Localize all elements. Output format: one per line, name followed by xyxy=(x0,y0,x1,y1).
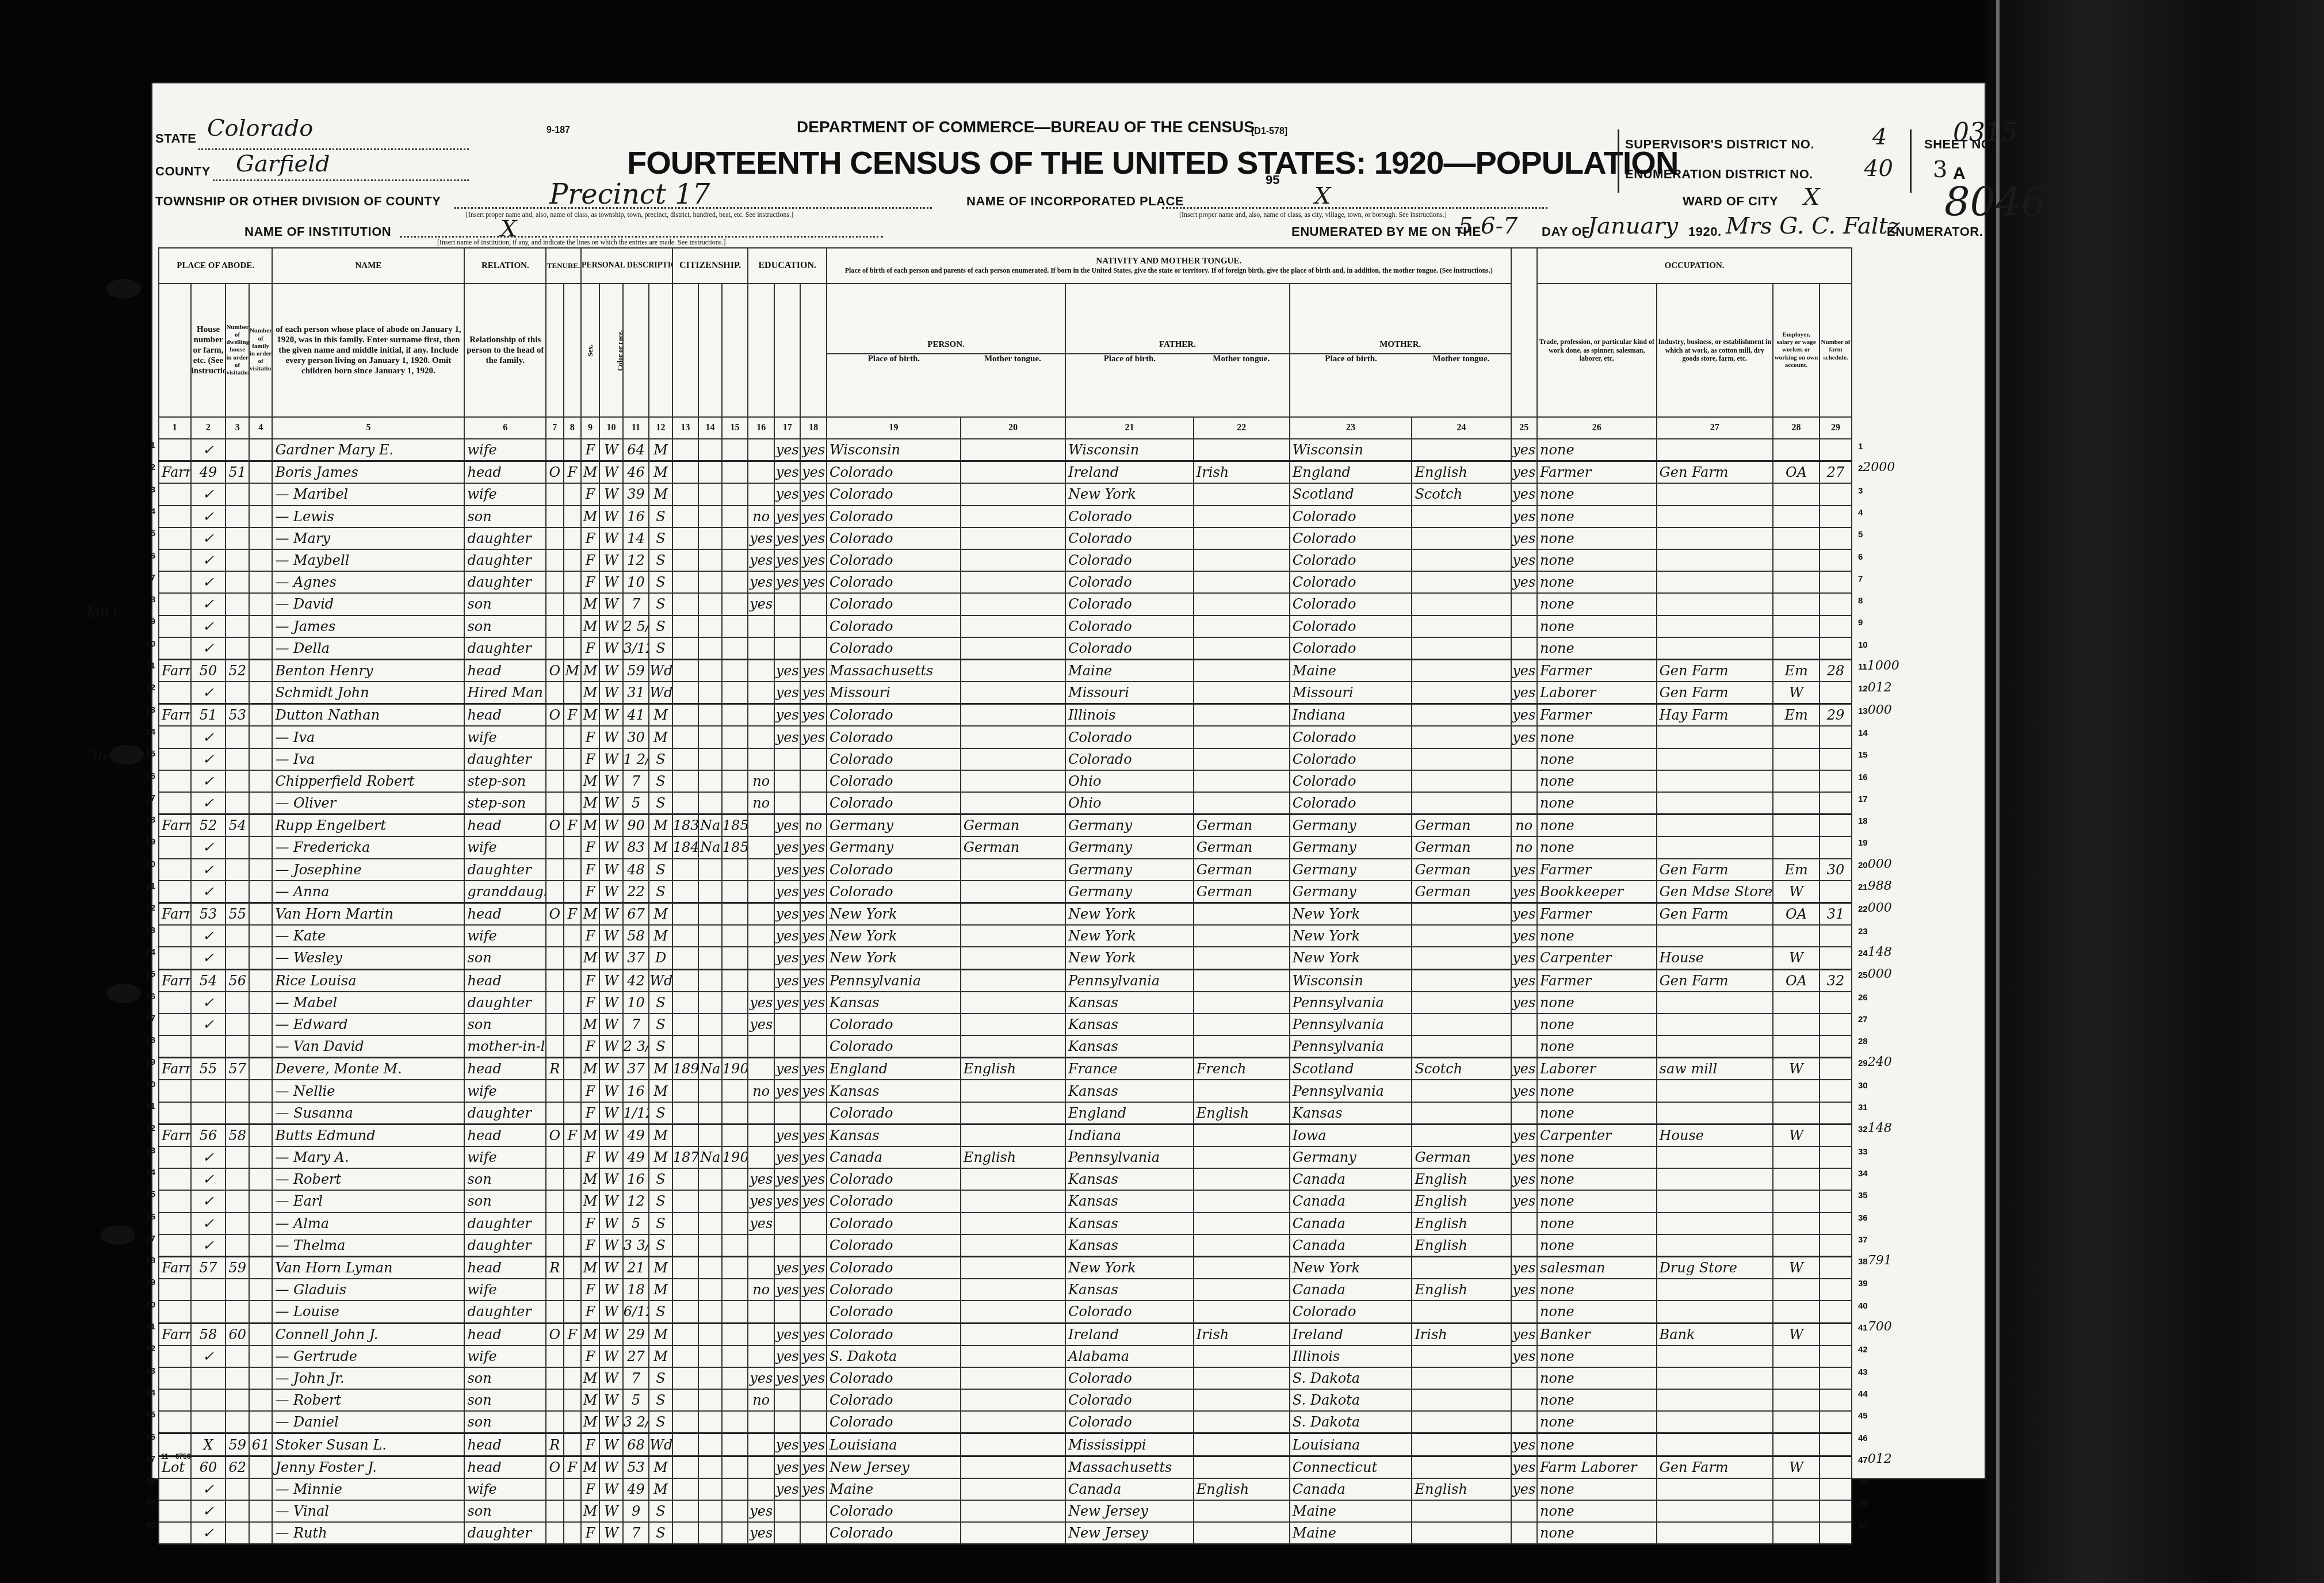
right-margin-code: 33 xyxy=(1858,1144,1868,1158)
cell-pob: New York xyxy=(827,947,961,969)
right-margin-code: 42 xyxy=(1858,1341,1868,1356)
cell-nat xyxy=(698,483,721,505)
cell-nat xyxy=(698,549,721,571)
cell-house: 56 xyxy=(191,1124,226,1146)
cell-farm xyxy=(1820,1279,1852,1301)
line-number-right: 21 xyxy=(1858,882,1868,892)
cell-fpob: Colorado xyxy=(1065,637,1194,660)
cell-trade: Farmer xyxy=(1537,461,1657,484)
table-row: ✓— GertrudewifeFW27MyesyesS. DakotaAlaba… xyxy=(159,1345,1852,1367)
cell-house: 60 xyxy=(191,1456,226,1478)
cell-race: W xyxy=(599,593,622,615)
cell-mpob: Pennsylvania xyxy=(1290,1035,1412,1058)
cell-sex: M xyxy=(581,461,599,484)
line-number: 50 xyxy=(143,1520,155,1530)
right-margin-code: 5 xyxy=(1858,526,1863,541)
cell-tongue xyxy=(961,527,1065,549)
cell-street xyxy=(159,593,191,615)
cell-industry: Gen Farm xyxy=(1657,903,1773,925)
cell-sex: M xyxy=(581,1411,599,1433)
cell-imm xyxy=(672,1035,699,1058)
cell-marital: S xyxy=(649,748,672,770)
line-number: 7 xyxy=(143,573,155,583)
cell-trade: Carpenter xyxy=(1537,947,1657,969)
cell-free xyxy=(564,1389,581,1411)
line-number-right: 41 xyxy=(1858,1323,1868,1333)
cell-sex: F xyxy=(581,571,599,593)
col-6-header: Relationship of this person to the head … xyxy=(464,284,546,417)
occupation-code: 2000 xyxy=(1863,460,1895,475)
cell-natyr: 1854 xyxy=(722,815,748,837)
column-number: 21 xyxy=(1065,417,1194,439)
cell-house: ✓ xyxy=(191,992,226,1014)
line-number: 22 xyxy=(143,903,155,913)
line-number: 8 xyxy=(143,595,155,605)
cell-trade: none xyxy=(1537,1433,1657,1456)
cell-street: Farm xyxy=(159,1124,191,1146)
cell-tongue xyxy=(961,1124,1065,1146)
cell-name: — Maybell xyxy=(272,549,464,571)
cell-house: ✓ xyxy=(191,527,226,549)
cell-name: Butts Edmund xyxy=(272,1124,464,1146)
line-number-right: 39 xyxy=(1858,1279,1868,1288)
cell-street xyxy=(159,726,191,748)
cell-owned: O xyxy=(546,461,563,484)
cell-natyr xyxy=(722,1256,748,1279)
right-margin-code: 20000 xyxy=(1858,857,1892,871)
cell-pob: England xyxy=(827,1058,961,1080)
line-number-right: 26 xyxy=(1858,993,1868,1003)
cell-sex: F xyxy=(581,1234,599,1257)
cell-school xyxy=(748,903,774,925)
table-row: X5961Stoker Susan L.headRFW68WdyesyesLou… xyxy=(159,1433,1852,1456)
cell-farm: 32 xyxy=(1820,969,1852,992)
right-margin-code: 47012 xyxy=(1858,1452,1892,1466)
cell-race: W xyxy=(599,1323,622,1345)
cell-industry xyxy=(1657,1279,1773,1301)
group-name: NAME xyxy=(272,248,464,284)
column-number: 5 xyxy=(272,417,464,439)
cell-write: yes xyxy=(800,859,827,881)
cell-tongue xyxy=(961,859,1065,881)
cell-family xyxy=(249,659,273,682)
right-margin-code: 23 xyxy=(1858,923,1868,938)
line-number-right: 11 xyxy=(1858,662,1867,672)
column-number: 9 xyxy=(581,417,599,439)
cell-relation: head xyxy=(464,1456,546,1478)
cell-tongue xyxy=(961,726,1065,748)
cell-relation: son xyxy=(464,506,546,527)
cell-english: yes xyxy=(1511,1433,1538,1456)
cell-relation: son xyxy=(464,1367,546,1389)
col-14-header: Naturalized or alien. xyxy=(698,284,721,417)
cell-owned xyxy=(546,925,563,947)
cell-owned xyxy=(546,1301,563,1323)
cell-family xyxy=(249,1522,273,1544)
cell-free xyxy=(564,992,581,1014)
cell-dwelling xyxy=(225,1190,249,1212)
cell-school xyxy=(748,726,774,748)
cell-dwelling xyxy=(225,1213,249,1234)
cell-nat xyxy=(698,1256,721,1279)
cell-natyr xyxy=(722,593,748,615)
cell-street xyxy=(159,1234,191,1257)
cell-age: 12 xyxy=(623,1190,649,1212)
cell-fpob: New York xyxy=(1065,903,1194,925)
cell-fpob: Kansas xyxy=(1065,1279,1194,1301)
enumerated-label: ENUMERATED BY ME ON THE xyxy=(1291,224,1481,239)
cell-industry: Gen Farm xyxy=(1657,682,1773,704)
cell-school: no xyxy=(748,792,774,815)
cell-imm xyxy=(672,1256,699,1279)
table-row: — Van Davidmother-in-lawFW2 3/12SColorad… xyxy=(159,1035,1852,1058)
cell-street xyxy=(159,1389,191,1411)
cell-age: 21 xyxy=(623,1256,649,1279)
cell-sex: F xyxy=(581,1102,599,1125)
cell-sex: F xyxy=(581,992,599,1014)
cell-free: F xyxy=(564,1456,581,1478)
cell-ftongue xyxy=(1194,992,1290,1014)
state-line xyxy=(198,148,469,150)
cell-fpob: Kansas xyxy=(1065,992,1194,1014)
cell-trade: none xyxy=(1537,792,1657,815)
line-number: 15 xyxy=(143,749,155,759)
cell-school: yes xyxy=(748,549,774,571)
cell-free xyxy=(564,1102,581,1125)
cell-tongue xyxy=(961,1014,1065,1035)
cell-nat: Na xyxy=(698,815,721,837)
line-number: 21 xyxy=(143,881,155,891)
cell-marital: M xyxy=(649,1058,672,1080)
cell-ftongue xyxy=(1194,1301,1290,1323)
cell-read: yes xyxy=(774,461,801,484)
cell-pob: New York xyxy=(827,925,961,947)
right-margin-code: 43 xyxy=(1858,1364,1868,1378)
cell-free xyxy=(564,1478,581,1500)
cell-pob: Germany xyxy=(827,815,961,837)
cell-dwelling xyxy=(225,770,249,792)
cell-house: ✓ xyxy=(191,439,226,461)
cell-age: 7 xyxy=(623,1522,649,1544)
cell-read: yes xyxy=(774,483,801,505)
cell-street xyxy=(159,1014,191,1035)
right-margin-code: 22000 xyxy=(1858,901,1892,915)
cell-tongue xyxy=(961,792,1065,815)
cell-emp xyxy=(1773,1102,1820,1125)
cell-industry xyxy=(1657,1478,1773,1500)
cell-dwelling xyxy=(225,483,249,505)
cell-marital: M xyxy=(649,1124,672,1146)
cell-name: — Agnes xyxy=(272,571,464,593)
cell-write xyxy=(800,1411,827,1433)
cell-race: W xyxy=(599,992,622,1014)
cell-fpob: Colorado xyxy=(1065,1389,1194,1411)
cell-mtongue xyxy=(1412,792,1511,815)
cell-sex: M xyxy=(581,506,599,527)
cell-mpob: New York xyxy=(1290,903,1412,925)
cell-age: 39 xyxy=(623,483,649,505)
cell-name: Chipperfield Robert xyxy=(272,770,464,792)
right-margin-code: 40 xyxy=(1858,1298,1868,1312)
cell-free: F xyxy=(564,461,581,484)
line-number: 9 xyxy=(143,617,155,626)
cell-write xyxy=(800,1389,827,1411)
cell-ftongue xyxy=(1194,1014,1290,1035)
cell-pob: Colorado xyxy=(827,1389,961,1411)
cell-english xyxy=(1511,1367,1538,1389)
cell-marital: S xyxy=(649,1367,672,1389)
cell-owned xyxy=(546,726,563,748)
cell-pob: Colorado xyxy=(827,461,961,484)
cell-relation: head xyxy=(464,1058,546,1080)
cell-natyr xyxy=(722,726,748,748)
cell-imm xyxy=(672,1500,699,1522)
cell-industry xyxy=(1657,1014,1773,1035)
cell-read: yes xyxy=(774,1256,801,1279)
cell-name: Jenny Foster J. xyxy=(272,1456,464,1478)
cell-age: 14 xyxy=(623,527,649,549)
cell-race: W xyxy=(599,704,622,727)
cell-mpob: Pennsylvania xyxy=(1290,992,1412,1014)
cell-sex: M xyxy=(581,659,599,682)
cell-house: 54 xyxy=(191,969,226,992)
cell-free xyxy=(564,859,581,881)
cell-natyr xyxy=(722,925,748,947)
cell-age: 53 xyxy=(623,1456,649,1478)
cell-fpob: Colorado xyxy=(1065,1301,1194,1323)
cell-owned xyxy=(546,1080,563,1102)
col-1-header: Street, avenue, road, etc. xyxy=(159,284,191,417)
cell-farm xyxy=(1820,1080,1852,1102)
right-margin-code: 39 xyxy=(1858,1275,1868,1290)
cell-fpob: Massachusetts xyxy=(1065,1456,1194,1478)
cell-write: yes xyxy=(800,659,827,682)
col-3-header: Number of dwelling house in order of vis… xyxy=(225,284,249,417)
cell-dwelling xyxy=(225,1035,249,1058)
year-label: 1920. xyxy=(1688,224,1722,239)
cell-sex: M xyxy=(581,947,599,969)
cell-mtongue: German xyxy=(1412,859,1511,881)
cell-school: yes xyxy=(748,571,774,593)
cell-name: — John Jr. xyxy=(272,1367,464,1389)
cell-emp: W xyxy=(1773,1456,1820,1478)
right-margin-code: 7 xyxy=(1858,571,1863,585)
cell-free xyxy=(564,925,581,947)
cell-ftongue xyxy=(1194,1168,1290,1190)
cell-industry xyxy=(1657,439,1773,461)
cell-tongue xyxy=(961,1500,1065,1522)
cell-fpob: New York xyxy=(1065,925,1194,947)
cell-house: ✓ xyxy=(191,748,226,770)
table-row: ✓— MaybelldaughterFW12SyesyesyesColorado… xyxy=(159,549,1852,571)
census-table: PLACE OF ABODE. NAME RELATION. TENURE. P… xyxy=(158,247,1852,1544)
cell-fpob: Kansas xyxy=(1065,1080,1194,1102)
cell-ftongue xyxy=(1194,1146,1290,1168)
col-9-header: Sex. xyxy=(581,284,599,417)
cell-trade: none xyxy=(1537,506,1657,527)
cell-house xyxy=(191,1102,226,1125)
cell-tongue xyxy=(961,659,1065,682)
cell-pob: Colorado xyxy=(827,1411,961,1433)
cell-relation: son xyxy=(464,1389,546,1411)
cell-pob: Colorado xyxy=(827,859,961,881)
cell-fpob: Kansas xyxy=(1065,1234,1194,1257)
cell-sex: F xyxy=(581,637,599,660)
cell-pob: Colorado xyxy=(827,726,961,748)
cell-house xyxy=(191,1080,226,1102)
cell-nat xyxy=(698,1124,721,1146)
cell-mtongue xyxy=(1412,1345,1511,1367)
cell-emp xyxy=(1773,1035,1820,1058)
cell-marital: M xyxy=(649,1256,672,1279)
cell-mtongue: German xyxy=(1412,881,1511,903)
cell-marital: S xyxy=(649,1389,672,1411)
cell-english xyxy=(1511,1301,1538,1323)
cell-write: yes xyxy=(800,1279,827,1301)
cell-tongue xyxy=(961,593,1065,615)
cell-nat xyxy=(698,881,721,903)
cell-free xyxy=(564,506,581,527)
cell-marital: S xyxy=(649,881,672,903)
cell-tongue xyxy=(961,1301,1065,1323)
cell-industry xyxy=(1657,726,1773,748)
cell-family xyxy=(249,483,273,505)
table-row: ✓— DavidsonMW7SyesColoradoColoradoColora… xyxy=(159,593,1852,615)
enumeration-district-value: 40 xyxy=(1864,155,1893,182)
cell-tongue xyxy=(961,1102,1065,1125)
cell-nat xyxy=(698,726,721,748)
right-margin-code: 38791 xyxy=(1858,1253,1892,1268)
table-row: ✓— JosephinedaughterFW48SyesyesColoradoG… xyxy=(159,859,1852,881)
right-margin-code: 17 xyxy=(1858,791,1868,805)
cell-natyr xyxy=(722,881,748,903)
table-row: Lot6062Jenny Foster J.headOFMW53MyesyesN… xyxy=(159,1456,1852,1478)
cell-nat xyxy=(698,1168,721,1190)
cell-write xyxy=(800,1500,827,1522)
cell-imm xyxy=(672,1345,699,1367)
column-number: 19 xyxy=(827,417,961,439)
cell-read xyxy=(774,615,801,637)
group-personal: PERSONAL DESCRIPTION. xyxy=(581,248,672,284)
cell-ftongue xyxy=(1194,1367,1290,1389)
cell-mtongue xyxy=(1412,659,1511,682)
cell-owned xyxy=(546,1234,563,1257)
cell-school: no xyxy=(748,1080,774,1102)
cell-house: ✓ xyxy=(191,792,226,815)
cell-marital: M xyxy=(649,1345,672,1367)
cell-industry xyxy=(1657,483,1773,505)
cell-english: yes xyxy=(1511,682,1538,704)
cell-pob: Colorado xyxy=(827,1190,961,1212)
cell-industry: Gen Mdse Store xyxy=(1657,881,1773,903)
cell-pob: Colorado xyxy=(827,1168,961,1190)
line-number-right: 37 xyxy=(1858,1235,1868,1245)
cell-emp xyxy=(1773,1345,1820,1367)
cell-name: — Iva xyxy=(272,748,464,770)
cell-farm xyxy=(1820,637,1852,660)
cell-free xyxy=(564,527,581,549)
cell-relation: head xyxy=(464,704,546,727)
cell-mpob: Wisconsin xyxy=(1290,439,1412,461)
cell-mpob: Wisconsin xyxy=(1290,969,1412,992)
cell-free xyxy=(564,1058,581,1080)
cell-write xyxy=(800,615,827,637)
cell-owned xyxy=(546,1345,563,1367)
group-citizenship: CITIZENSHIP. xyxy=(672,248,748,284)
cell-natyr xyxy=(722,1124,748,1146)
cell-free: F xyxy=(564,815,581,837)
cell-mpob: Illinois xyxy=(1290,1345,1412,1367)
cell-write xyxy=(800,637,827,660)
cell-name: Rice Louisa xyxy=(272,969,464,992)
cell-relation: daughter xyxy=(464,1522,546,1544)
cell-read: yes xyxy=(774,836,801,858)
township-label: TOWNSHIP OR OTHER DIVISION OF COUNTY xyxy=(155,194,441,209)
cell-mtongue xyxy=(1412,1367,1511,1389)
cell-school xyxy=(748,1323,774,1345)
cell-trade: none xyxy=(1537,1500,1657,1522)
cell-english xyxy=(1511,1411,1538,1433)
cell-farm xyxy=(1820,615,1852,637)
cell-imm xyxy=(672,859,699,881)
cell-nat xyxy=(698,992,721,1014)
cell-school xyxy=(748,439,774,461)
cell-imm xyxy=(672,1102,699,1125)
cell-natyr xyxy=(722,992,748,1014)
cell-ftongue xyxy=(1194,947,1290,969)
cell-nat xyxy=(698,1433,721,1456)
cell-write: yes xyxy=(800,992,827,1014)
cell-race: W xyxy=(599,571,622,593)
cell-read: yes xyxy=(774,992,801,1014)
cell-race: W xyxy=(599,969,622,992)
column-number: 10 xyxy=(599,417,622,439)
cell-race: W xyxy=(599,748,622,770)
cell-write: no xyxy=(800,815,827,837)
cell-street: Farm xyxy=(159,1256,191,1279)
cell-marital: Wd xyxy=(649,1433,672,1456)
cell-farm xyxy=(1820,1500,1852,1522)
cell-emp xyxy=(1773,1522,1820,1544)
cell-family xyxy=(249,1456,273,1478)
cell-owned xyxy=(546,992,563,1014)
cell-emp: W xyxy=(1773,1124,1820,1146)
line-number-right: 43 xyxy=(1858,1367,1868,1377)
cell-pob: Colorado xyxy=(827,1014,961,1035)
line-number: 42 xyxy=(143,1344,155,1353)
cell-fpob: Colorado xyxy=(1065,593,1194,615)
table-row: Farm5355Van Horn MartinheadOFMW67Myesyes… xyxy=(159,903,1852,925)
cell-fpob: Kansas xyxy=(1065,1168,1194,1190)
cell-age: 64 xyxy=(623,439,649,461)
cell-house: ✓ xyxy=(191,1146,226,1168)
cell-marital: S xyxy=(649,549,672,571)
cell-nat xyxy=(698,682,721,704)
cell-street xyxy=(159,1500,191,1522)
cell-dwelling xyxy=(225,748,249,770)
cell-free xyxy=(564,1080,581,1102)
cell-house: 49 xyxy=(191,461,226,484)
cell-name: — Della xyxy=(272,637,464,660)
cell-race: W xyxy=(599,1014,622,1035)
cell-street xyxy=(159,615,191,637)
cell-imm xyxy=(672,439,699,461)
cell-marital: S xyxy=(649,1234,672,1257)
line-number-right: 36 xyxy=(1858,1213,1868,1223)
cell-free: F xyxy=(564,704,581,727)
right-margin-code: 14 xyxy=(1858,725,1868,739)
cell-ftongue xyxy=(1194,593,1290,615)
